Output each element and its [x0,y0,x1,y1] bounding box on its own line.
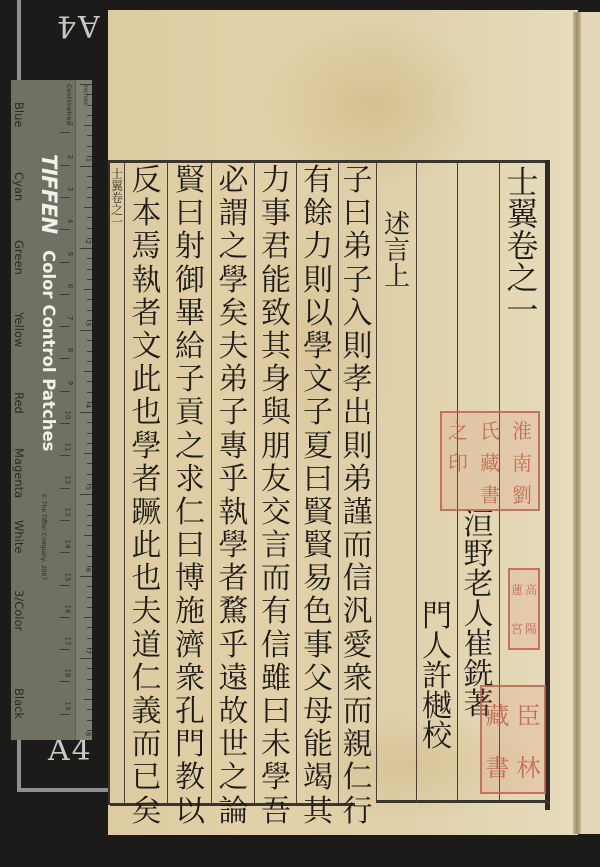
cm-tick [60,165,70,166]
glyph: 與 [261,398,291,431]
text-column-3: 力事君能致其身與朋友交言而有信雖曰未學吾 [256,166,296,830]
cm-mark-label: 6 [66,284,74,288]
glyph: 之 [506,262,538,294]
ruler-tick [87,474,92,475]
seal-glyph: 藏 [482,687,513,740]
glyph: 仁 [343,763,373,796]
glyph: 乎 [219,465,249,498]
patch-label-white: White [12,520,26,553]
ruler-tick [87,156,92,157]
inch-mark-label: 8 [84,732,92,736]
glyph: 乎 [219,631,249,664]
ruler-tick [87,433,92,434]
ruler-tick [87,566,92,567]
patch-label-green: Green [12,240,26,275]
ruler-tick [87,361,92,362]
glyph: 愛 [343,631,373,664]
book-gutter [573,12,581,834]
column-rule [296,163,297,803]
glyph: 學 [132,432,162,465]
glyph: 遠 [219,664,249,697]
seal-glyph: 書 [474,477,506,509]
tiffen-logo: TIFFEN [37,154,61,234]
ruler-tick [87,422,92,423]
seal-glyph: 印 [442,445,474,477]
glyph: 事 [303,631,333,664]
inch-mark-label: 2 [84,240,92,244]
glyph: 子 [175,365,205,398]
glyph: 謂 [219,199,249,232]
glyph: 博 [175,564,205,597]
collector-seal-small: 蓮高宮陽 [508,568,540,650]
glyph: 弟 [343,465,373,498]
glyph: 專 [219,432,249,465]
glyph: 致 [261,299,291,332]
glyph: 衆 [343,664,373,697]
glyph: 雖 [261,664,291,697]
ruler-tick [84,289,92,290]
glyph: 矣 [219,299,249,332]
glyph: 賢 [303,498,333,531]
patch-label-blue: Blue [12,102,26,127]
glyph: 濟 [175,631,205,664]
ruler-tick [87,679,92,680]
glyph: 言 [261,531,291,564]
glyph: 人 [422,632,452,662]
inch-mark-label: 5 [84,486,92,490]
glyph: 其 [303,797,333,830]
ruler-tick [80,576,92,577]
cm-tick [60,358,70,359]
collector-seal-large: 之氏淮印藏南書劉 [440,411,540,511]
ruler-tick [87,648,92,649]
glyph: 餘 [303,199,333,232]
glyph: 論 [219,797,249,830]
glyph: 崔 [464,630,494,660]
ruler-tick [80,248,92,249]
glyph: 人 [464,600,494,630]
ruler-tick [87,689,92,690]
glyph: 射 [175,232,205,265]
glyph: 則 [303,266,333,299]
product-name: Color Control Patches [39,250,58,451]
glyph: 有 [303,166,333,199]
cm-mark-label: 7 [66,316,74,320]
ruler-tick [87,135,92,136]
seal-glyph: 陽 [524,609,538,648]
cm-tick [60,326,70,327]
glyph: 事 [261,199,291,232]
cm-tick [60,455,70,456]
cm-tick [60,262,70,263]
glyph: 信 [261,631,291,664]
seal-glyph: 淮 [506,413,538,445]
patch-label-red: Red [12,392,26,414]
glyph: 朋 [261,432,291,465]
glyph: 道 [132,631,162,664]
glyph: 曰 [303,465,333,498]
glyph: 君 [261,232,291,265]
glyph: 給 [175,332,205,365]
glyph: 施 [175,597,205,630]
ruler-tick [87,484,92,485]
glyph: 仁 [175,498,205,531]
glyph: 學 [219,266,249,299]
patch-label-magenta: Magenta [12,448,26,498]
glyph: 士 [506,166,538,198]
glyph: 之 [219,232,249,265]
cm-mark-label: 17 [64,637,72,646]
seal-glyph: 書 [482,740,513,793]
ruler-tick [87,176,92,177]
glyph: 已 [132,763,162,796]
glyph: 矣 [132,797,162,830]
cm-tick [60,488,70,489]
glyph: 者 [219,564,249,597]
a4-guide-bottom-horizontal [17,788,108,792]
glyph: 之 [219,763,249,796]
glyph: 夫 [219,332,249,365]
glyph: 能 [261,266,291,299]
seal-glyph: 蓮 [510,570,524,609]
glyph: 一 [111,216,123,228]
ruler-tick [84,453,92,454]
seal-glyph [442,477,474,509]
cm-tick [60,229,70,230]
glyph: 曰 [343,199,373,232]
glyph: 則 [343,432,373,465]
ruler-tick [84,699,92,700]
cm-tick [60,714,70,715]
glyph: 孝 [343,365,373,398]
ruler-tick [87,238,92,239]
glyph: 翼 [506,198,538,230]
ruler-tick [87,258,92,259]
ruler-tick [87,115,92,116]
glyph: 子 [219,398,249,431]
ruler-tick [87,269,92,270]
text-column-6: 反本焉執者文此也學者蹶此也夫道仁義而已矣 [126,166,167,830]
cm-mark-label: 4 [66,219,74,223]
cm-tick [60,391,70,392]
glyph: 教 [175,763,205,796]
cm-tick [60,197,70,198]
a4-guide-bottom-line [17,740,21,792]
glyph: 以 [303,299,333,332]
glyph: 學 [261,763,291,796]
glyph: 賢 [303,531,333,564]
glyph: 謹 [343,498,373,531]
ruler-tick [87,525,92,526]
glyph: 世 [219,730,249,763]
ruler-tick [87,310,92,311]
adjacent-page-edge [581,12,600,834]
glyph: 孔 [175,697,205,730]
cm-mark-label: 15 [64,572,72,581]
cm-tick [60,294,70,295]
glyph: 而 [261,564,291,597]
glyph: 本 [132,199,162,232]
cm-mark-label: 12 [64,475,72,484]
column-rule [254,163,255,803]
copyright-notice: © The Tiffen Company, 2007 [40,493,47,580]
inch-mark-label: 3 [84,322,92,326]
glyph: 母 [303,697,333,730]
glyph: 門 [422,602,452,632]
glyph: 畢 [175,299,205,332]
cm-tick [60,585,70,586]
glyph: 騖 [219,597,249,630]
frame-border-bottom-right [377,800,549,803]
ruler-tick [87,463,92,464]
glyph: 竭 [303,763,333,796]
editor-line: 門人許樾校 [417,602,457,752]
inch-ruler: 12345678 [75,80,92,740]
inch-mark-label: 1 [84,158,92,162]
glyph: 必 [219,166,249,199]
ruler-tick [87,351,92,352]
color-control-strip: 12345678 Inches Centimetres 123456789101… [11,80,92,740]
glyph: 許 [422,662,452,692]
glyph: 而 [132,730,162,763]
margin-note: 士翼卷之一 [110,168,124,228]
glyph: 文 [303,365,333,398]
glyph: 學 [303,332,333,365]
volume-title: 士翼卷之一 [500,166,545,326]
glyph: 求 [175,465,205,498]
ruler-tick [87,515,92,516]
glyph: 汎 [343,597,373,630]
cm-mark-label: 19 [64,701,72,710]
cm-mark-label: 14 [64,540,72,549]
glyph: 曰 [261,697,291,730]
glyph: 夫 [132,597,162,630]
glyph: 仁 [132,664,162,697]
cm-mark-label: 18 [64,669,72,678]
glyph: 言 [384,238,410,264]
glyph: 執 [219,498,249,531]
cm-mark-label: 10 [64,411,72,420]
ruler-tick [87,320,92,321]
glyph: 御 [175,266,205,299]
glyph: 反 [132,166,162,199]
inch-mark-label: 4 [84,404,92,408]
cm-tick [60,423,70,424]
glyph: 交 [261,498,291,531]
glyph: 此 [132,365,162,398]
ruler-tick [84,125,92,126]
glyph: 此 [132,531,162,564]
ruler-tick [84,617,92,618]
glyph: 友 [261,465,291,498]
glyph: 吾 [261,797,291,830]
seal-glyph: 氏 [474,413,506,445]
ruler-tick [87,279,92,280]
cm-mark-label: 13 [64,507,72,516]
glyph: 述 [384,212,410,238]
a4-guide-top-line [17,0,21,80]
ruler-tick [80,494,92,495]
glyph: 賢 [175,166,205,199]
ruler-tick [87,607,92,608]
ruler-tick [87,720,92,721]
cm-mark-label: 11 [64,443,72,452]
glyph: 行 [343,797,373,830]
seal-glyph: 林 [513,740,544,793]
glyph: 子 [343,266,373,299]
glyph: 而 [343,531,373,564]
ruler-inches-label: Inches [82,84,90,105]
glyph: 之 [175,432,205,465]
glyph: 上 [384,264,410,290]
seal-glyph: 之 [442,413,474,445]
ruler-centimetres-label: Centimetres [65,84,73,124]
ruler-tick [87,217,92,218]
glyph: 也 [132,398,162,431]
glyph: 洹 [464,510,494,540]
ruler-tick [87,443,92,444]
ruler-tick [87,638,92,639]
glyph: 故 [219,697,249,730]
cm-tick [60,649,70,650]
seal-glyph: 臣 [513,687,544,740]
ruler-tick [87,146,92,147]
glyph: 卷 [506,230,538,262]
glyph: 文 [132,332,162,365]
cm-mark-label: 1 [66,122,74,126]
glyph: 者 [132,465,162,498]
ruler-tick [87,730,92,731]
glyph: 也 [132,564,162,597]
ruler-tick [87,668,92,669]
glyph: 以 [175,797,205,830]
cm-mark-label: 9 [66,380,74,384]
ruler-tick [80,166,92,167]
seal-glyph: 南 [506,445,538,477]
glyph: 能 [303,730,333,763]
cm-mark-label: 5 [66,251,74,255]
glyph: 易 [303,564,333,597]
glyph: 入 [343,299,373,332]
glyph: 力 [303,232,333,265]
ruler-tick [84,371,92,372]
ruler-tick [87,627,92,628]
column-rule [124,163,125,803]
cm-tick [60,520,70,521]
glyph: 出 [343,398,373,431]
glyph: 其 [261,332,291,365]
glyph: 衆 [175,664,205,697]
cm-tick [60,132,70,133]
glyph: 者 [132,299,162,332]
glyph: 而 [343,697,373,730]
glyph: 信 [343,564,373,597]
glyph: 力 [261,166,291,199]
glyph: 一 [506,294,538,326]
seal-glyph: 藏 [474,445,506,477]
glyph: 門 [175,730,205,763]
seal-glyph: 劉 [506,477,538,509]
ruler-tick [87,340,92,341]
patch-label-yellow: Yellow [12,312,26,347]
ruler-tick [87,556,92,557]
ruler-tick [87,597,92,598]
cm-tick [60,552,70,553]
glyph: 有 [261,597,291,630]
glyph: 身 [261,365,291,398]
glyph: 弟 [343,232,373,265]
glyph: 焉 [132,232,162,265]
seal-glyph: 高 [524,570,538,609]
ruler-tick [80,412,92,413]
glyph: 曰 [175,531,205,564]
glyph: 弟 [219,365,249,398]
glyph: 則 [343,332,373,365]
glyph: 野 [464,540,494,570]
cm-mark-label: 8 [66,348,74,352]
section-heading: 述言上 [378,212,416,290]
ruler-tick [87,709,92,710]
water-stain [258,20,488,190]
glyph: 校 [422,722,452,752]
ruler-tick [87,586,92,587]
patch-label-3color: 3/Color [12,590,26,631]
collector-seal-bottom: 藏臣書林 [480,685,546,794]
seal-glyph: 宮 [510,609,524,648]
patch-label-black: Black [12,688,26,719]
ruler-tick [87,392,92,393]
glyph: 貢 [175,398,205,431]
glyph: 子 [303,398,333,431]
column-rule [376,163,377,803]
cm-tick [60,617,70,618]
text-column-4: 必謂之學矣夫弟子專乎執學者騖乎遠故世之論 [213,166,254,830]
ruler-tick [84,535,92,536]
glyph: 學 [219,531,249,564]
inch-mark-label: 7 [84,650,92,654]
inch-mark-label: 6 [84,568,92,572]
cm-mark-label: 16 [64,604,72,613]
ruler-tick [87,228,92,229]
frame-border-left [108,160,110,805]
ruler-tick [87,299,92,300]
text-column-2: 有餘力則以學文子夏曰賢賢易色事父母能竭其 [298,166,338,830]
glyph: 執 [132,266,162,299]
glyph: 蹶 [132,498,162,531]
column-rule [167,163,168,803]
cm-tick [60,681,70,682]
ruler-tick [87,504,92,505]
text-column-1: 子曰弟子入則孝出則弟謹而信汎愛衆而親仁行 [339,166,376,830]
glyph: 樾 [422,692,452,722]
ruler-tick [87,381,92,382]
glyph: 義 [132,697,162,730]
ruler-tick [87,545,92,546]
glyph: 父 [303,664,333,697]
glyph: 老 [464,570,494,600]
ruler-tick [80,658,92,659]
ruler-tick [87,187,92,188]
patch-label-cyan: Cyan [12,172,26,201]
text-column-5: 賢曰射御畢給子貢之求仁曰博施濟衆孔門教以 [169,166,211,830]
glyph: 色 [303,597,333,630]
ruler-tick [87,402,92,403]
glyph: 夏 [303,432,333,465]
glyph: 未 [261,730,291,763]
ruler-tick [80,330,92,331]
ruler-tick [87,197,92,198]
column-rule [211,163,212,803]
